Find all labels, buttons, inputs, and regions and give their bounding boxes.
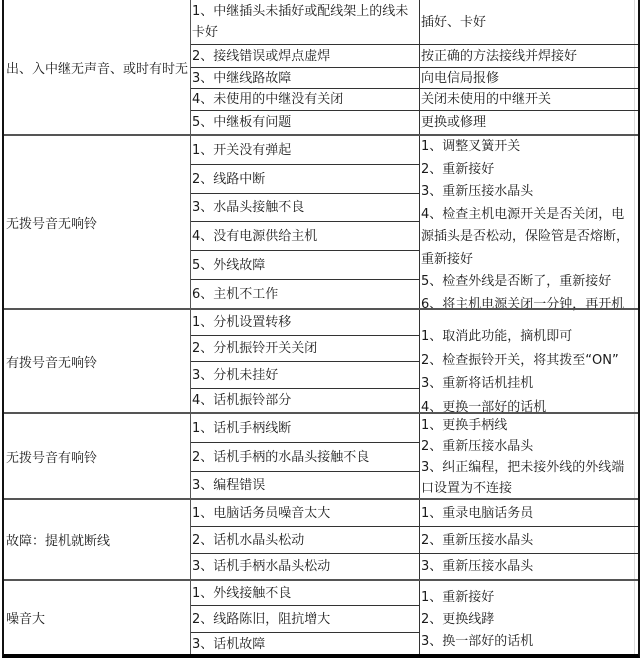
fix-item: 4、检查主机电源开关是否关闭，电源插头是否松动，保险管是否熔断，重新接好 xyxy=(421,204,632,272)
cause-cell: 1、话机手柄线断 xyxy=(191,414,419,442)
symptom-cell: 噪音大 xyxy=(4,581,191,654)
cause-cell: 3、话机手柄水晶头松动 xyxy=(191,553,419,579)
cause-cell: 3、话机故障 xyxy=(191,632,419,656)
fixes-column: 1、更换手柄线 2、重新压接水晶头 3、纠正编程，把未接外线的外线端口设置为不连… xyxy=(420,414,638,498)
cause-cell: 2、分机振铃开关关闭 xyxy=(191,335,419,361)
table-group-no-dial-no-ring: 无拨号音无响铃 1、开关没有弹起 2、线路中断 3、水晶头接触不良 4、没有电源… xyxy=(4,134,638,308)
fix-item: 2、更换线踍 xyxy=(421,609,632,631)
fix-cell: 1、重录电脑话务员 xyxy=(420,500,638,526)
cause-cell: 5、外线故障 xyxy=(191,250,419,279)
cause-cell: 4、没有电源供给主机 xyxy=(191,221,419,250)
cause-cell: 2、线路中断 xyxy=(191,164,419,193)
table-group-dial-no-ring: 有拨号音无响铃 1、分机设置转移 2、分机振铃开关关闭 3、分机未挂好 4、话机… xyxy=(4,308,638,412)
fix-item: 2、重新接好 xyxy=(421,159,632,182)
cause-cell: 2、话机水晶头松动 xyxy=(191,526,419,553)
fix-cell: 按正确的方法接线并焊接好 xyxy=(420,44,638,67)
cause-cell: 2、话机手柄的水晶头接触不良 xyxy=(191,442,419,471)
causes-column: 1、中继插头未插好或配线架上的线未卡好 2、接线错误或焊点虚焊 3、中继线路故障… xyxy=(191,0,420,134)
fix-item: 3、重新压接水晶头 xyxy=(421,181,632,204)
symptom-cell: 无拨号音无响铃 xyxy=(4,136,191,308)
symptom-cell: 无拨号音有响铃 xyxy=(4,414,191,498)
cause-cell: 3、分机未挂好 xyxy=(191,361,419,388)
fix-list: 1、取消此功能，摘机即可 2、检查振铃开关，将其拨至“ON” 3、重新将话机挂机… xyxy=(420,325,638,419)
causes-column: 1、开关没有弹起 2、线路中断 3、水晶头接触不良 4、没有电源供给主机 5、外… xyxy=(191,136,420,308)
fix-list: 1、重新接好 2、更换线踍 3、换一部好的话机 xyxy=(420,587,638,653)
fix-item: 5、检查外线是否断了，重新接好 xyxy=(421,271,632,294)
cause-cell: 4、未使用的中继没有关闭 xyxy=(191,88,419,110)
causes-column: 1、外线接触不良 2、线路陈旧，阻抗增大 3、话机故障 xyxy=(191,581,420,654)
fix-item: 1、调整叉簧开关 xyxy=(421,136,632,159)
fix-cell: 关闭未使用的中继开关 xyxy=(420,88,638,110)
fix-item: 1、重新接好 xyxy=(421,587,632,609)
fix-cell: 插好、卡好 xyxy=(420,0,638,44)
causes-column: 1、话机手柄线断 2、话机手柄的水晶头接触不良 3、编程错误 xyxy=(191,414,420,498)
fix-item: 3、重新将话机挂机 xyxy=(421,372,632,396)
causes-column: 1、分机设置转移 2、分机振铃开关关闭 3、分机未挂好 4、话机振铃部分 xyxy=(191,310,420,412)
table-group-pickup-disconnect: 故障：提机就断线 1、电脑话务员噪音太大 2、话机水晶头松动 3、话机手柄水晶头… xyxy=(4,498,638,579)
fixes-column: 插好、卡好 按正确的方法接线并焊接好 向电信局报修 关闭未使用的中继开关 更换或… xyxy=(420,0,638,134)
fix-item: 1、取消此功能，摘机即可 xyxy=(421,325,632,349)
cause-cell: 3、中继线路故障 xyxy=(191,67,419,88)
cause-cell: 1、外线接触不良 xyxy=(191,581,419,605)
cause-cell: 5、中继板有问题 xyxy=(191,110,419,134)
symptom-cell: 故障：提机就断线 xyxy=(4,500,191,579)
symptom-cell: 有拨号音无响铃 xyxy=(4,310,191,412)
table-group-loud-noise: 噪音大 1、外线接触不良 2、线路陈旧，阻抗增大 3、话机故障 1、重新接好 2… xyxy=(4,579,638,654)
symptom-cell: 出、入中继无声音、或时有时无 xyxy=(4,0,191,134)
fix-item: 1、更换手柄线 xyxy=(421,415,632,436)
fixes-column: 1、取消此功能，摘机即可 2、检查振铃开关，将其拨至“ON” 3、重新将话机挂机… xyxy=(420,310,638,412)
fix-cell: 3、重新压接水晶头 xyxy=(420,553,638,579)
fixes-column: 1、重录电脑话务员 2、重新压接水晶头 3、重新压接水晶头 xyxy=(420,500,638,579)
cause-cell: 1、开关没有弹起 xyxy=(191,136,419,164)
cause-cell: 2、线路陈旧，阻抗增大 xyxy=(191,605,419,632)
fix-cell: 2、重新压接水晶头 xyxy=(420,526,638,553)
fix-list: 1、调整叉簧开关 2、重新接好 3、重新压接水晶头 4、检查主机电源开关是否关闭… xyxy=(420,136,638,316)
causes-column: 1、电脑话务员噪音太大 2、话机水晶头松动 3、话机手柄水晶头松动 xyxy=(191,500,420,579)
cause-cell: 6、主机不工作 xyxy=(191,279,419,308)
table-group-trunk-silence: 出、入中继无声音、或时有时无 1、中继插头未插好或配线架上的线未卡好 2、接线错… xyxy=(4,0,638,134)
table-group-no-dial-ring: 无拨号音有响铃 1、话机手柄线断 2、话机手柄的水晶头接触不良 3、编程错误 1… xyxy=(4,412,638,498)
cause-cell: 3、编程错误 xyxy=(191,471,419,498)
fix-item: 2、检查振铃开关，将其拨至“ON” xyxy=(421,349,632,373)
fix-cell: 更换或修理 xyxy=(420,110,638,134)
fix-item: 2、重新压接水晶头 xyxy=(421,436,632,457)
cause-cell: 3、水晶头接触不良 xyxy=(191,193,419,221)
cause-cell: 4、话机振铃部分 xyxy=(191,388,419,412)
cause-cell: 1、中继插头未插好或配线架上的线未卡好 xyxy=(191,0,419,44)
fix-item: 3、换一部好的话机 xyxy=(421,631,632,653)
troubleshooting-table: 出、入中继无声音、或时有时无 1、中继插头未插好或配线架上的线未卡好 2、接线错… xyxy=(2,0,640,658)
cause-cell: 2、接线错误或焊点虚焊 xyxy=(191,44,419,67)
fixes-column: 1、重新接好 2、更换线踍 3、换一部好的话机 xyxy=(420,581,638,654)
fix-item: 3、纠正编程，把未接外线的外线端口设置为不连接 xyxy=(421,457,632,499)
fixes-column: 1、调整叉簧开关 2、重新接好 3、重新压接水晶头 4、检查主机电源开关是否关闭… xyxy=(420,136,638,308)
fix-list: 1、更换手柄线 2、重新压接水晶头 3、纠正编程，把未接外线的外线端口设置为不连… xyxy=(420,415,638,499)
cause-cell: 1、分机设置转移 xyxy=(191,310,419,335)
cause-cell: 1、电脑话务员噪音太大 xyxy=(191,500,419,526)
fix-cell: 向电信局报修 xyxy=(420,67,638,88)
